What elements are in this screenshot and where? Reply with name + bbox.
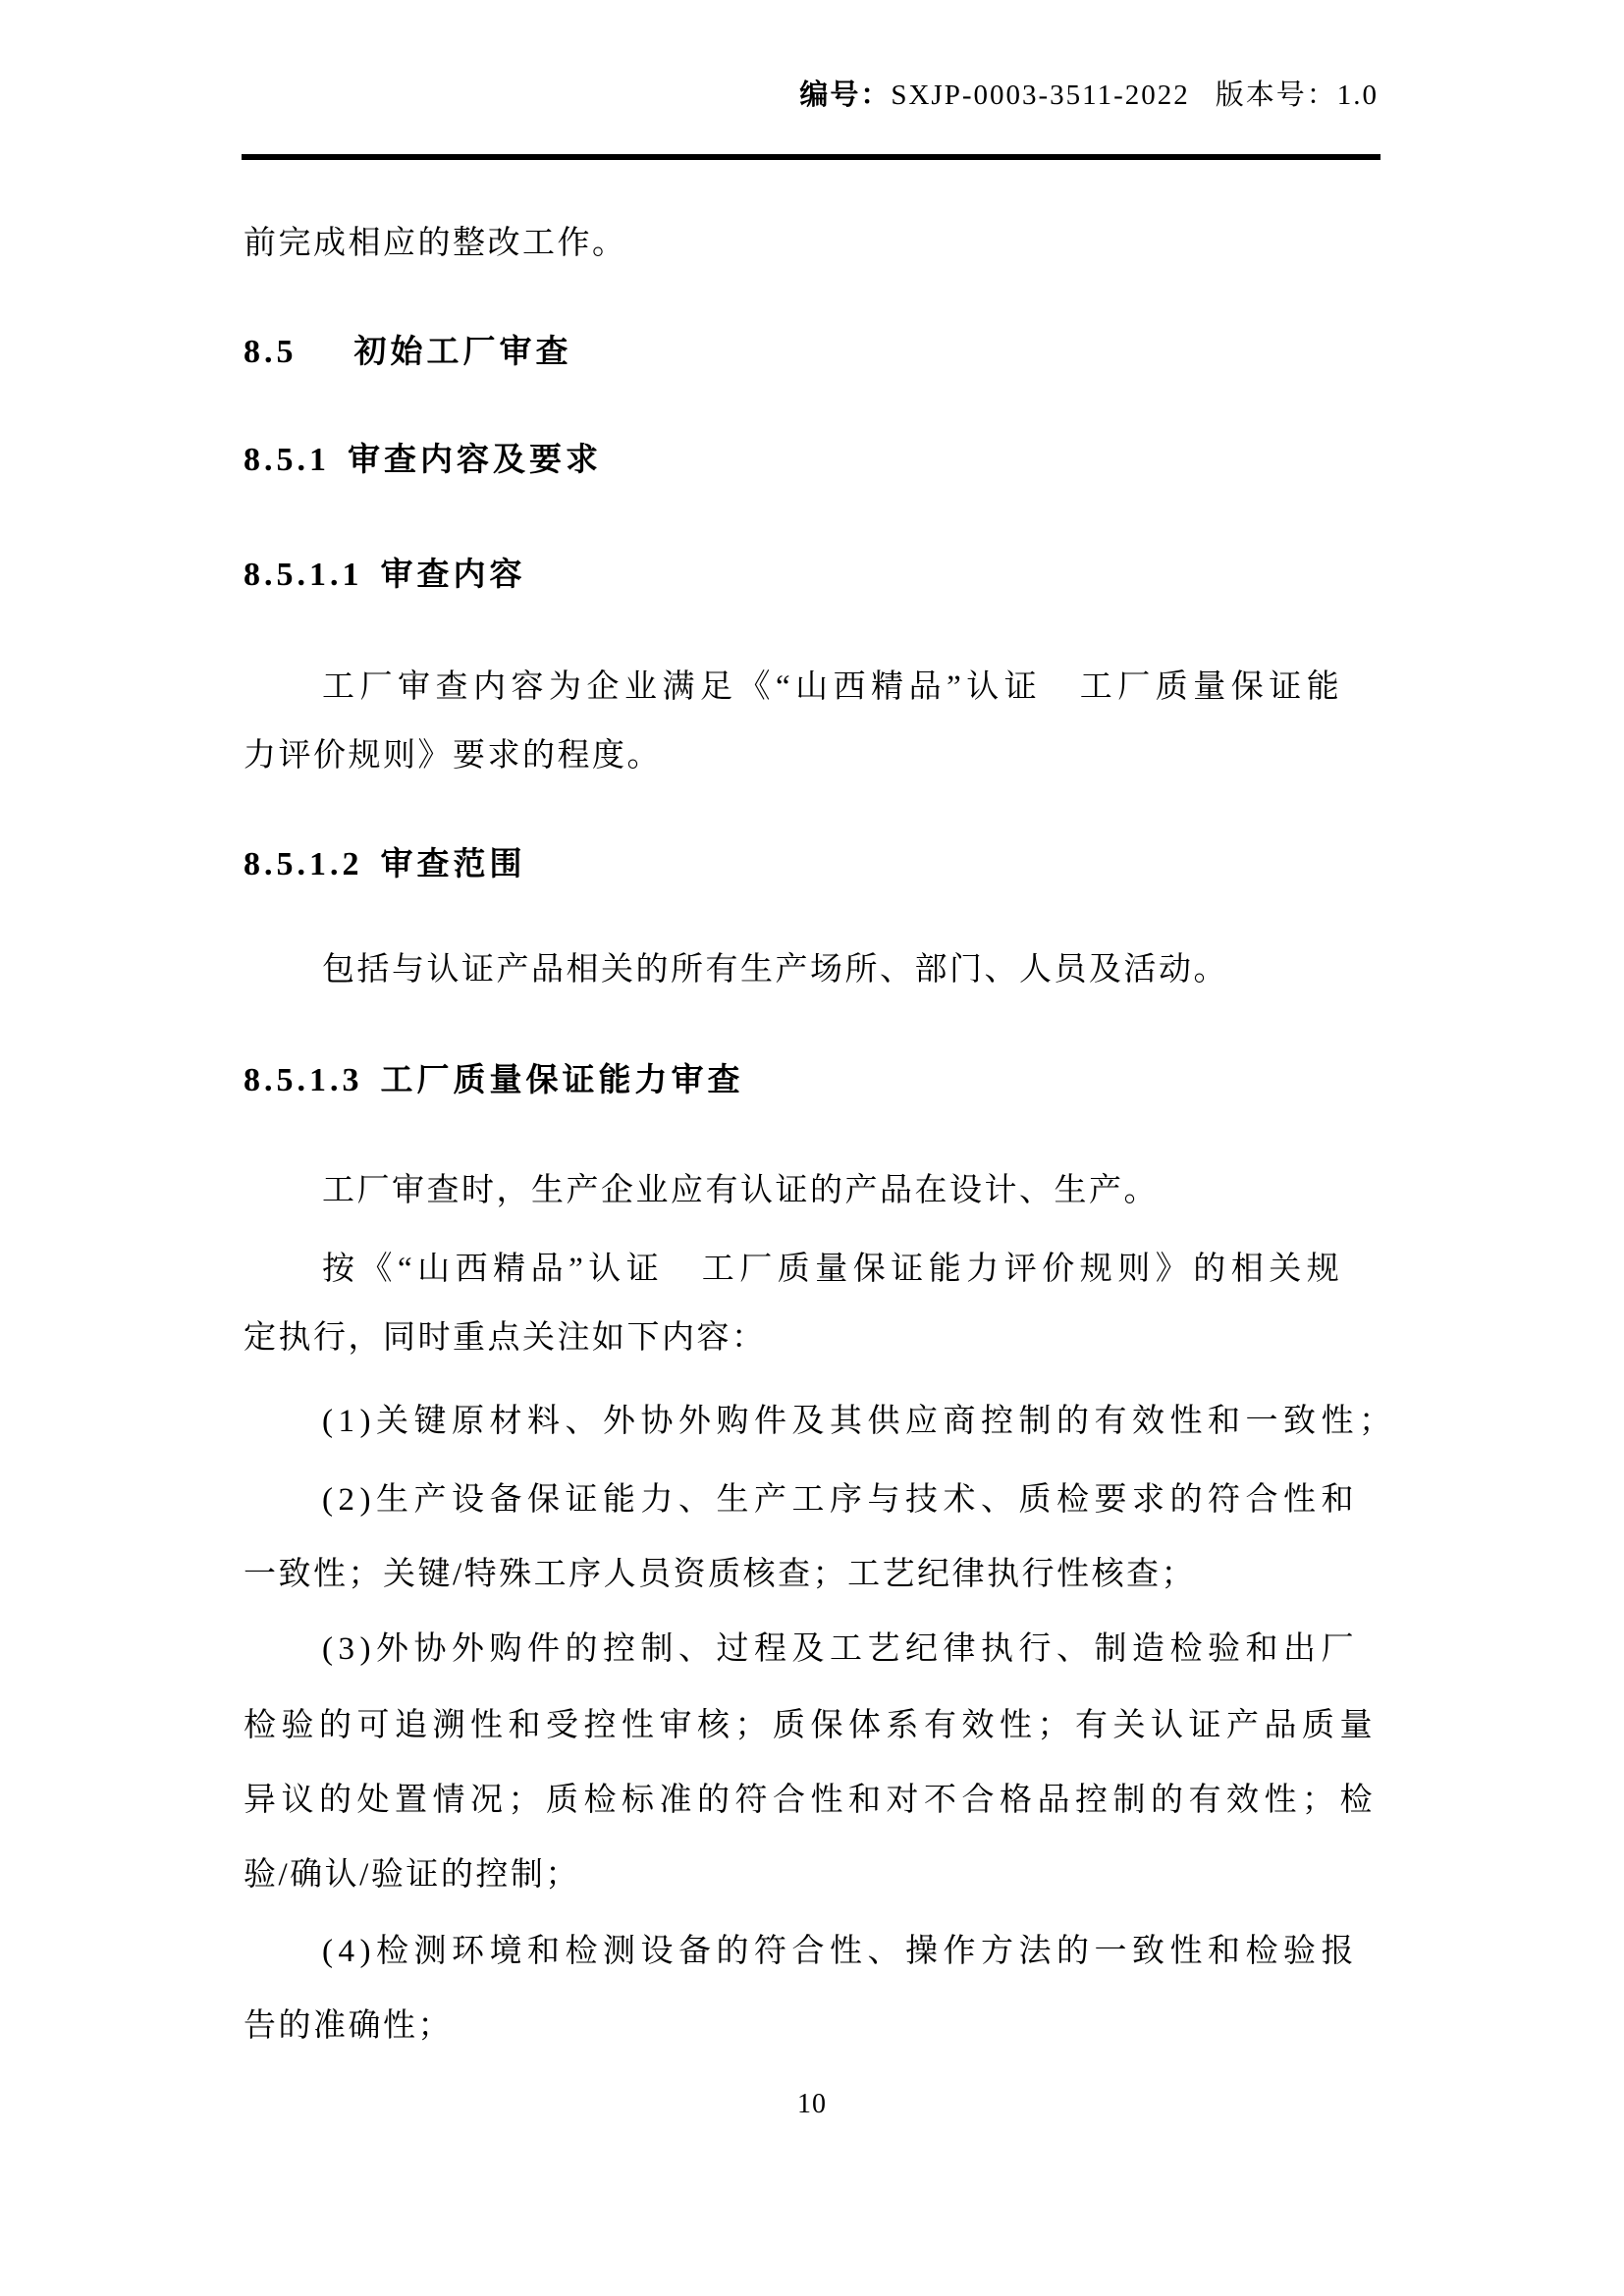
heading-8-5-1: 8.5.1审查内容及要求	[244, 438, 602, 482]
list-item-line: 验/确认/验证的控制；	[244, 1855, 1379, 1895]
list-item-line: (2)生产设备保证能力、生产工序与技术、质检要求的符合性和	[244, 1480, 1379, 1520]
list-item-line: 告的准确性；	[244, 2006, 1379, 2046]
heading-title: 审查内容	[381, 556, 526, 592]
document-page: 编号：SXJP-0003-3511-2022版本号：1.0 前完成相应的整改工作…	[0, 0, 1624, 2296]
doc-code-value: SXJP-0003-3511-2022	[891, 80, 1189, 111]
heading-8-5-1-2: 8.5.1.2审查范围	[244, 842, 526, 886]
heading-title: 审查内容及要求	[348, 441, 602, 477]
paragraph-continuation-line: 前完成相应的整改工作。	[244, 224, 1379, 263]
version-value: 1.0	[1337, 80, 1379, 111]
list-item-line: (4)检测环境和检测设备的符合性、操作方法的一致性和检验报	[244, 1932, 1379, 1971]
paragraph-line: 工厂审查内容为企业满足《“山西精品”认证 工厂质量保证能	[244, 667, 1379, 707]
list-item-line: (1)关键原材料、外协外购件及其供应商控制的有效性和一致性；	[244, 1402, 1379, 1441]
heading-8-5: 8.5初始工厂审查	[244, 330, 572, 374]
heading-number: 8.5	[244, 334, 298, 370]
heading-number: 8.5.1.3	[244, 1062, 363, 1098]
paragraph-line: 工厂审查时，生产企业应有认证的产品在设计、生产。	[244, 1171, 1379, 1210]
paragraph-line: 定执行，同时重点关注如下内容：	[244, 1318, 1379, 1358]
paragraph-line: 包括与认证产品相关的所有生产场所、部门、人员及活动。	[244, 950, 1379, 989]
heading-number: 8.5.1	[244, 442, 330, 478]
version-label: 版本号：	[1216, 80, 1337, 111]
list-item-line: 检验的可追溯性和受控性审核；质保体系有效性；有关认证产品质量	[244, 1706, 1379, 1745]
heading-number: 8.5.1.2	[244, 846, 363, 882]
heading-8-5-1-3: 8.5.1.3工厂质量保证能力审查	[244, 1058, 744, 1102]
heading-title: 审查范围	[381, 845, 526, 881]
heading-title: 初始工厂审查	[354, 333, 572, 369]
doc-code-label: 编号：	[799, 80, 891, 111]
heading-8-5-1-1: 8.5.1.1审查内容	[244, 553, 526, 597]
paragraph-line: 按《“山西精品”认证 工厂质量保证能力评价规则》的相关规	[244, 1250, 1379, 1289]
paragraph-line: 力评价规则》要求的程度。	[244, 736, 1379, 775]
heading-title: 工厂质量保证能力审查	[381, 1061, 744, 1097]
page-number: 10	[0, 2089, 1624, 2120]
document-header: 编号：SXJP-0003-3511-2022版本号：1.0	[244, 77, 1379, 114]
header-rule	[242, 154, 1380, 160]
list-item-line: 一致性；关键/特殊工序人员资质核查；工艺纪律执行性核查；	[244, 1555, 1379, 1594]
heading-number: 8.5.1.1	[244, 557, 363, 593]
list-item-line: 异议的处置情况；质检标准的符合性和对不合格品控制的有效性；检	[244, 1781, 1379, 1820]
list-item-line: (3)外协外购件的控制、过程及工艺纪律执行、制造检验和出厂	[244, 1629, 1379, 1669]
